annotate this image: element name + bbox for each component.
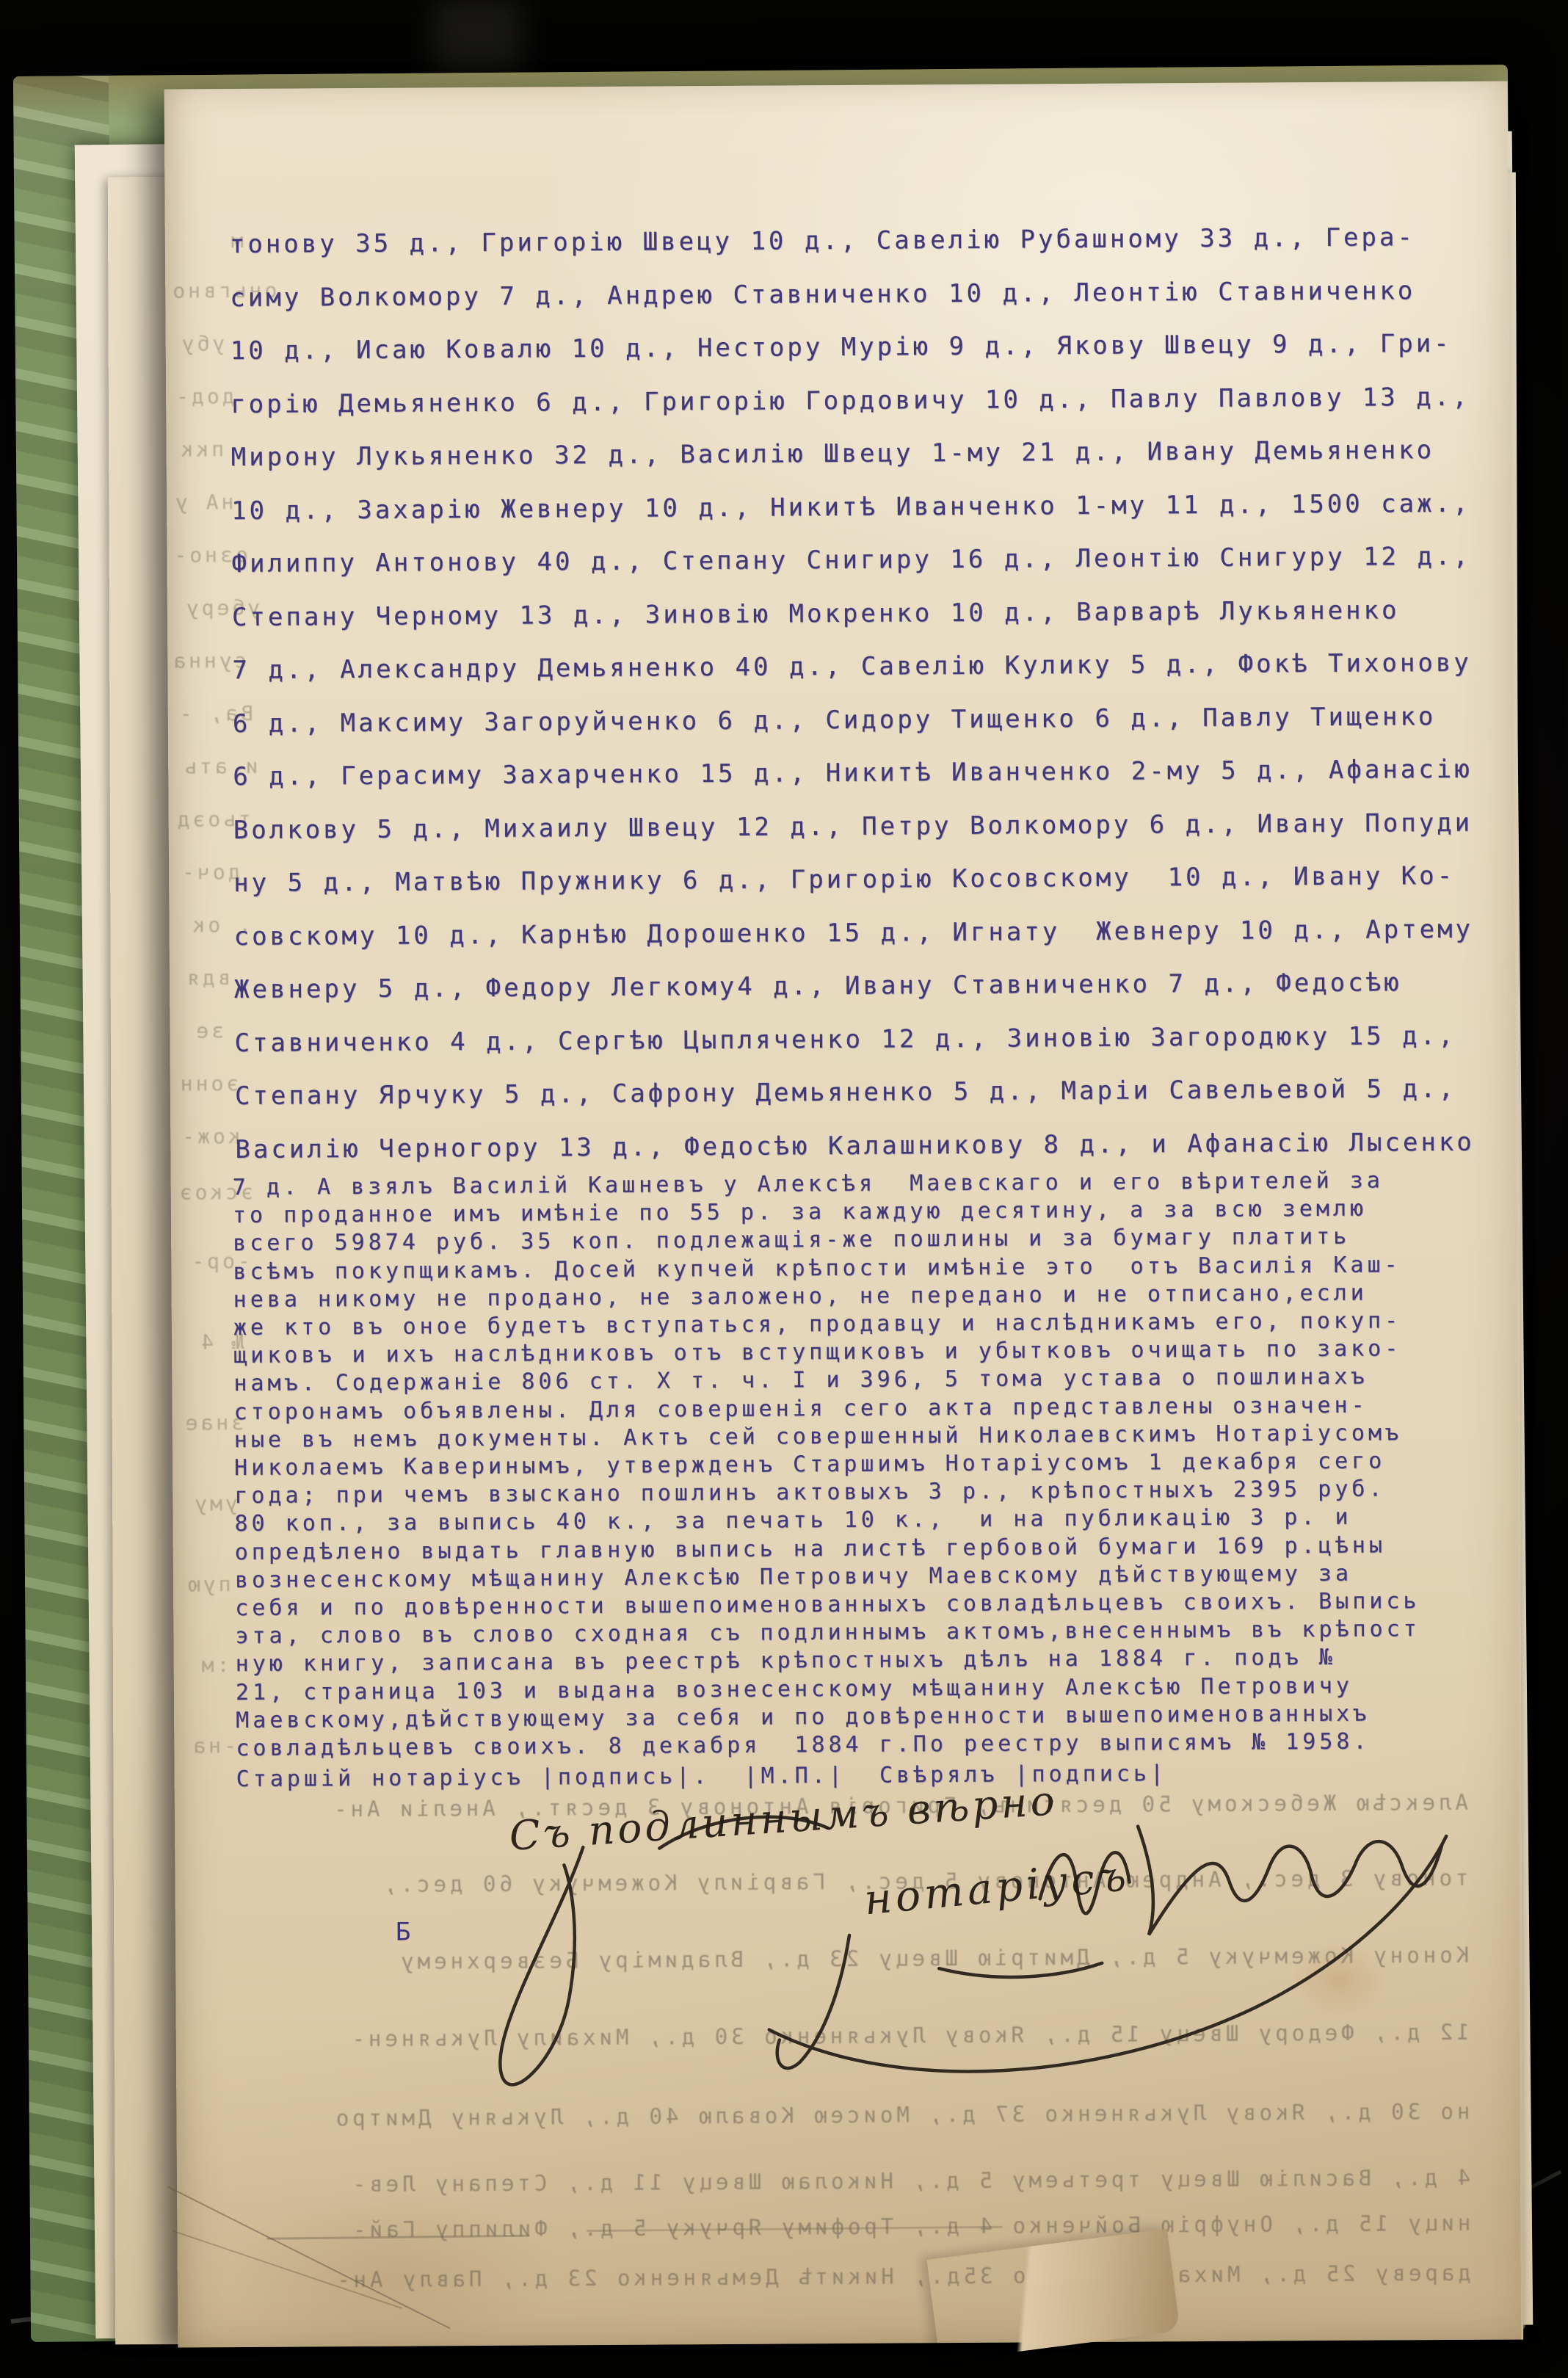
ghost-line: дареву 25 д., Михаилу Роенко 35д., Никит… <box>186 2261 1471 2294</box>
ghost-line: но 30 д., Якову Лукьяненко 37 д., Моисею… <box>185 2099 1470 2132</box>
photograph-scene: моньгвноубудод-пккнА уозно-уберусуннаВа,… <box>0 0 1568 2378</box>
ghost-line: тонову 3 дес., Андрею Антонову 5 дес., Г… <box>184 1866 1468 1899</box>
ghost-line: Конону Кожемчуку 5 д., Дмитрію Швецу 23 … <box>184 1943 1469 1976</box>
ghost-line: 4 д., Василію Швецу третьему 5 д., Никол… <box>186 2165 1470 2198</box>
ghost-line: 12 д., Федору Швецу 15 д., Якову Лукьяне… <box>185 2020 1470 2053</box>
verso-bleedthrough-lines: Алексѣю Жебескому 50 десятинъ, Григорія … <box>164 81 1522 2347</box>
document-page: моньгвноубудод-пккнА уозно-уберусуннаВа,… <box>164 81 1522 2347</box>
